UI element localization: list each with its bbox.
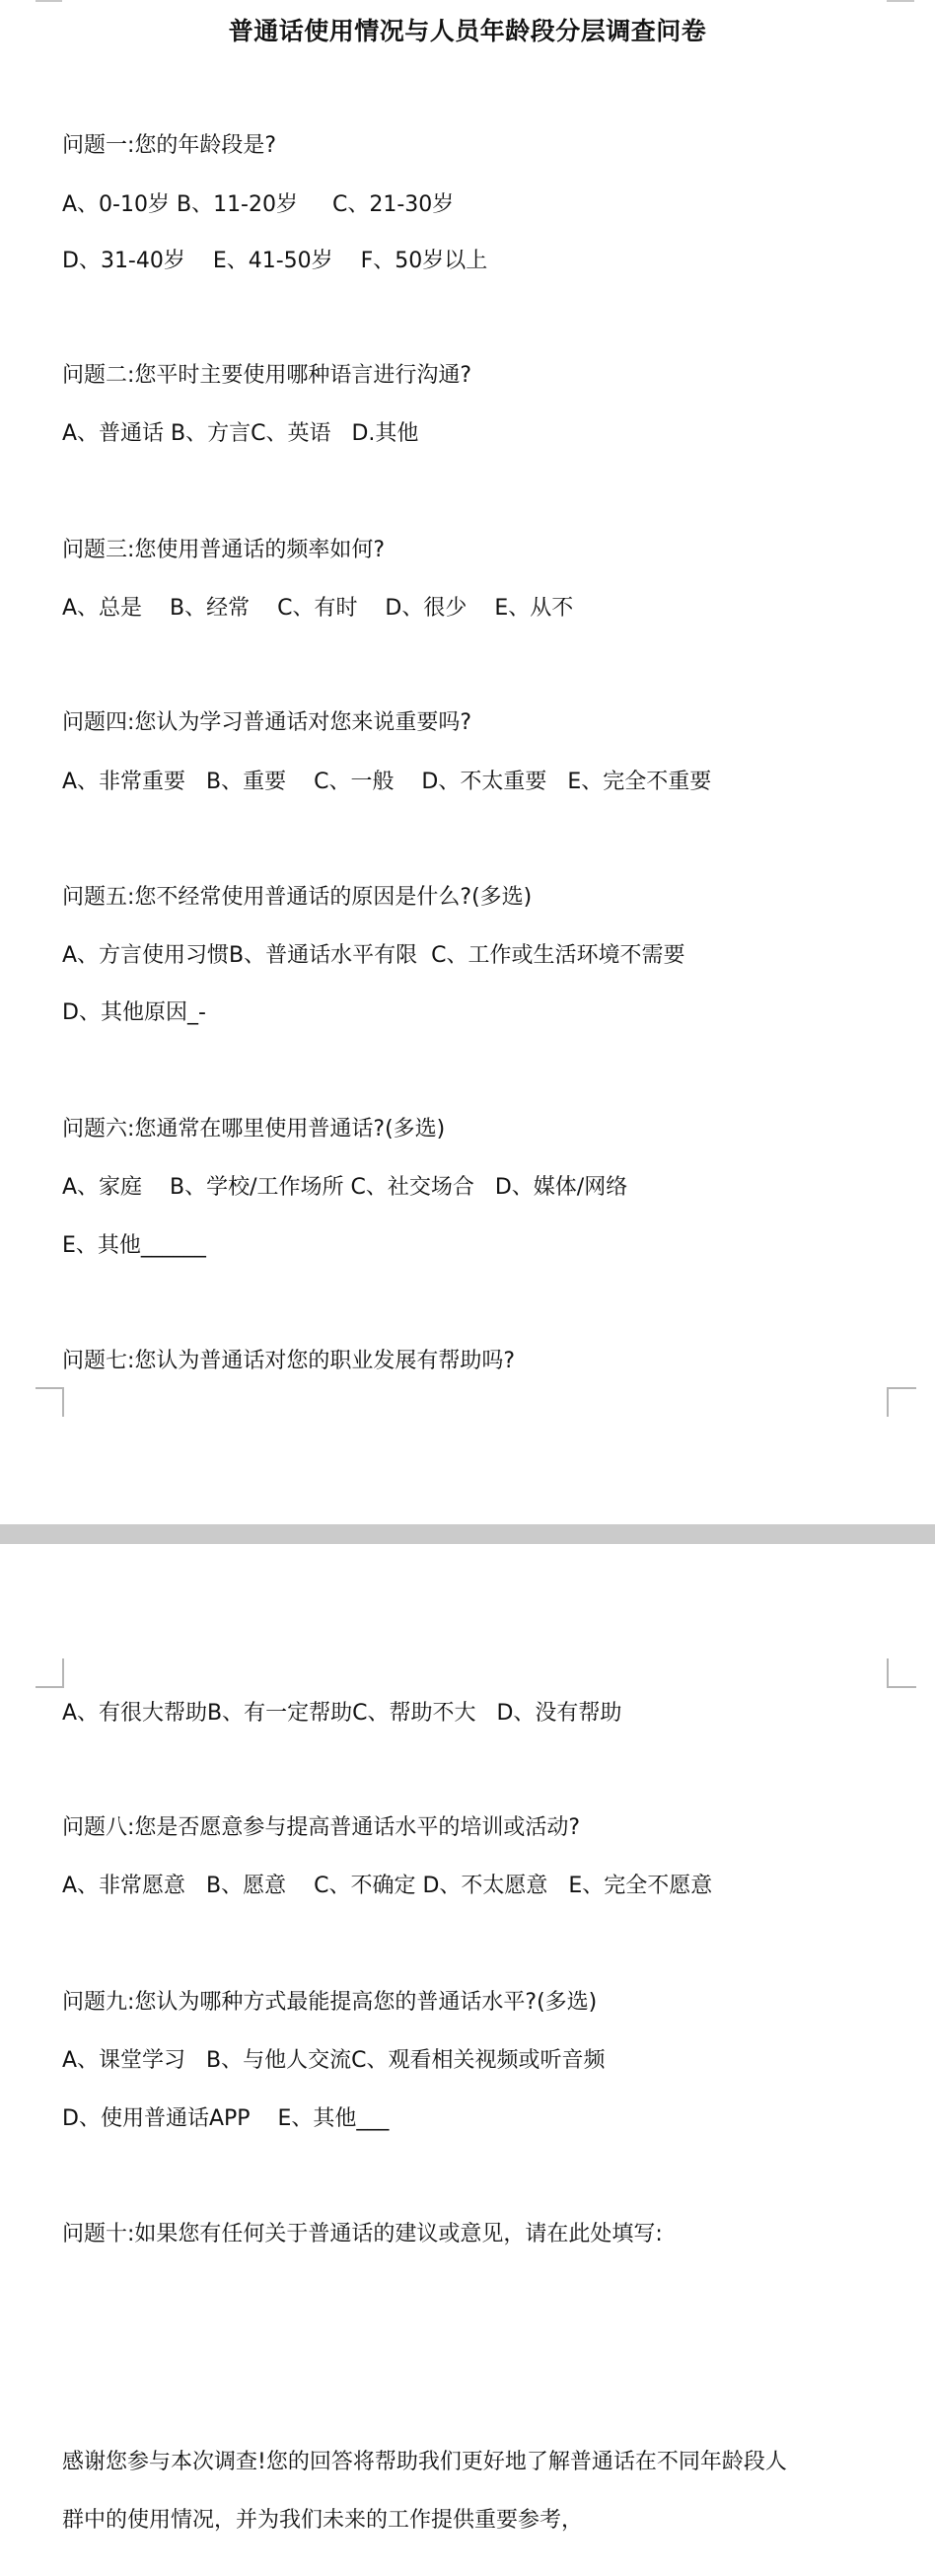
question-9-prompt: 问题九:您认为哪种方式最能提高您的普通话水平?(多选) bbox=[62, 1988, 597, 2018]
page-corner-mark-bottom-right bbox=[887, 1387, 916, 1417]
question-8-prompt: 问题八:您是否愿意参与提高普通话水平的培训或活动? bbox=[62, 1813, 580, 1843]
question-4-options-line-1: A、非常重要 B、重要 C、一般 D、不太重要 E、完全不重要 bbox=[62, 768, 711, 797]
question-2-options-line-1: A、普通话 B、方言C、英语 D.其他 bbox=[62, 419, 418, 449]
question-3-options-line-1: A、总是 B、经常 C、有时 D、很少 E、从不 bbox=[62, 594, 573, 624]
page-corner-mark bbox=[36, 0, 62, 2]
question-2-prompt: 问题二:您平时主要使用哪种语言进行沟通? bbox=[62, 361, 471, 391]
closing-text-line-2: 群中的使用情况，并为我们未来的工作提供重要参考， bbox=[62, 2506, 583, 2536]
question-9-options-line-1: A、课堂学习 B、与他人交流C、观看相关视频或听音频 bbox=[62, 2046, 606, 2076]
question-5-prompt: 问题五:您不经常使用普通话的原因是什么?(多选) bbox=[62, 883, 532, 913]
question-7-prompt: 问题七:您认为普通话对您的职业发展有帮助吗? bbox=[62, 1347, 515, 1376]
page-corner-mark-bottom-left bbox=[36, 1387, 64, 1417]
document-title: 普通话使用情况与人员年龄段分层调查问卷 bbox=[0, 12, 935, 47]
question-7-options-line-1: A、有很大帮助B、有一定帮助C、帮助不大 D、没有帮助 bbox=[62, 1699, 621, 1729]
question-1-options-line-2: D、31-40岁 E、41-50岁 F、50岁以上 bbox=[62, 247, 487, 276]
question-4-prompt: 问题四:您认为学习普通话对您来说重要吗? bbox=[62, 708, 471, 738]
question-6-options-line-1: A、家庭 B、学校/工作场所 C、社交场合 D、媒体/网络 bbox=[62, 1173, 627, 1203]
page-corner-mark-top-left bbox=[36, 1658, 64, 1688]
question-6-prompt: 问题六:您通常在哪里使用普通话?(多选) bbox=[62, 1115, 445, 1144]
question-8-options-line-1: A、非常愿意 B、愿意 C、不确定 D、不太愿意 E、完全不愿意 bbox=[62, 1872, 712, 1901]
question-5-options-line-1: A、方言使用习惯B、普通话水平有限 C、工作或生活环境不需要 bbox=[62, 941, 685, 971]
question-1-prompt: 问题一:您的年龄段是? bbox=[62, 131, 276, 161]
question-1-options-line-1: A、0-10岁 B、11-20岁 C、21-30岁 bbox=[62, 190, 454, 220]
page-break bbox=[0, 1524, 935, 1544]
question-10-prompt: 问题十:如果您有任何关于普通话的建议或意见，请在此处填写: bbox=[62, 2220, 663, 2249]
page-corner-mark-top-right bbox=[887, 1658, 916, 1688]
closing-text-line-1: 感谢您参与本次调查!您的回答将帮助我们更好地了解普通话在不同年龄段人 bbox=[62, 2448, 787, 2477]
page-corner-mark bbox=[887, 0, 914, 2]
question-5-options-line-2: D、其他原因_- bbox=[62, 998, 206, 1028]
document-page-1: 普通话使用情况与人员年龄段分层调查问卷 问题一:您的年龄段是? A、0-10岁 … bbox=[0, 0, 935, 1524]
question-9-options-line-2: D、使用普通话APP E、其他___ bbox=[62, 2104, 389, 2134]
question-6-options-line-2: E、其他______ bbox=[62, 1231, 206, 1261]
question-3-prompt: 问题三:您使用普通话的频率如何? bbox=[62, 536, 385, 565]
